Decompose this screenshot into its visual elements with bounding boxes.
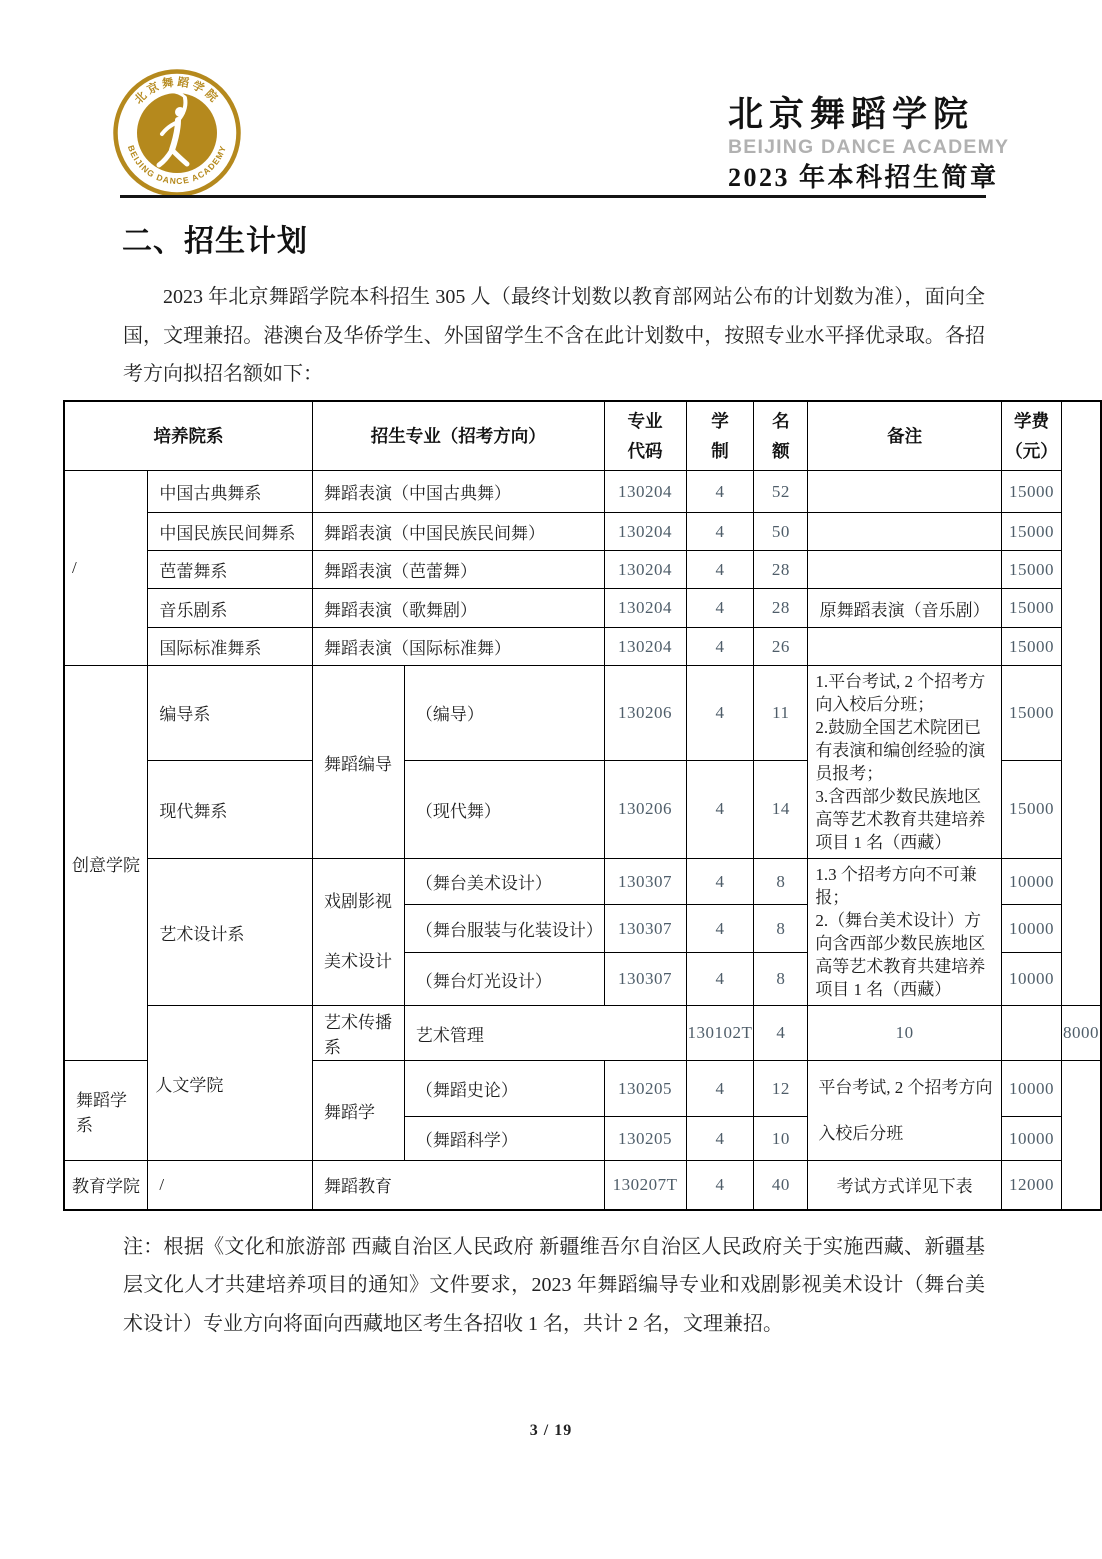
cell-dept: / [148,1161,313,1210]
cell-quota: 40 [754,1161,808,1210]
cell-years: 4 [686,471,754,513]
table-row: 芭蕾舞系 舞蹈表演（芭蕾舞） 130204 4 28 15000 [64,551,1101,589]
cell-major: 舞蹈表演（中国民族民间舞） [313,513,605,551]
table-row: 教育学院 / 舞蹈教育 130207T 4 40 考试方式详见下表 12000 [64,1161,1101,1210]
cell-dept: 中国民族民间舞系 [148,513,313,551]
cell-code: 130204 [604,471,686,513]
cell-major: 舞蹈编导 [313,666,405,859]
cell-direction: （现代舞） [404,760,604,858]
cell-quota: 14 [754,760,808,858]
page-number: 3 / 19 [0,1422,1102,1440]
cell-code: 130204 [604,513,686,551]
cell-years: 4 [686,628,754,666]
cell-college: 教育学院 [64,1161,148,1210]
cell-code: 130204 [604,589,686,628]
cell-years: 4 [686,859,754,905]
cell-major: 舞蹈教育 [313,1161,605,1210]
cell-major: 艺术管理 [404,1006,686,1061]
cell-years: 4 [686,666,754,761]
cell-code: 130205 [604,1061,686,1117]
col-header-remark: 备注 [808,401,1002,471]
enrollment-plan-table: 培养院系 招生专业（招考方向） 专业 代码 学 制 名 额 备注 学费 （元） … [63,400,1102,1211]
cell-dept: 艺术传播系 [313,1006,405,1061]
cell-years: 4 [686,1161,754,1210]
cell-remark: 1.平台考试, 2 个招考方向入校后分班； 2.鼓励全国艺术院团已有表演和编创经… [808,666,1002,859]
academy-logo-icon: 北京舞蹈学院 BEIJING DANCE ACADEMY [112,68,242,198]
cell-remark [808,628,1002,666]
cell-fee: 8000 [1062,1006,1102,1061]
cell-quota: 12 [754,1061,808,1117]
cell-code: 130205 [604,1117,686,1161]
cell-quota: 11 [754,666,808,761]
intro-paragraph: 2023 年北京舞蹈学院本科招生 305 人（最终计划数以教育部网站公布的计划数… [123,278,985,394]
cell-quota: 8 [754,859,808,905]
cell-remark: 考试方式详见下表 [808,1161,1002,1210]
cell-quota: 50 [754,513,808,551]
cell-dept: 编导系 [148,666,313,761]
cell-quota: 28 [754,589,808,628]
academy-name-english: BEIJING DANCE ACADEMY [728,135,990,159]
cell-quota: 10 [808,1006,1002,1061]
cell-code: 130207T [604,1161,686,1210]
cell-dept: 音乐剧系 [148,589,313,628]
cell-college: / [64,471,148,666]
cell-remark [808,471,1002,513]
cell-quota: 8 [754,953,808,1006]
cell-fee: 15000 [1001,551,1061,589]
cell-major: 戏剧影视 美术设计 [313,859,405,1006]
table-row: 人文学院 艺术传播系 艺术管理 130102T 4 10 8000 [64,1006,1101,1061]
cell-dept: 中国古典舞系 [148,471,313,513]
cell-dept: 国际标准舞系 [148,628,313,666]
cell-code: 130102T [686,1006,754,1061]
cell-remark [808,513,1002,551]
masthead: 北京舞蹈学院 BEIJING DANCE ACADEMY 2023 年本科招生简… [728,94,990,195]
cell-code: 130206 [604,666,686,761]
cell-quota: 8 [754,905,808,953]
cell-direction: （舞台美术设计） [404,859,604,905]
cell-years: 4 [686,551,754,589]
col-header-quota: 名 额 [754,401,808,471]
cell-fee: 15000 [1001,513,1061,551]
cell-fee: 15000 [1001,589,1061,628]
cell-direction: （舞蹈科学） [404,1117,604,1161]
footnote-paragraph: 注：根据《文化和旅游部 西藏自治区人民政府 新疆维吾尔自治区人民政府关于实施西藏… [123,1228,985,1344]
cell-years: 4 [686,953,754,1006]
cell-code: 130206 [604,760,686,858]
cell-years: 4 [686,760,754,858]
cell-fee: 10000 [1001,859,1061,905]
cell-fee: 15000 [1001,760,1061,858]
col-header-code: 专业 代码 [604,401,686,471]
cell-code: 130307 [604,953,686,1006]
cell-quota: 10 [754,1117,808,1161]
cell-code: 130204 [604,628,686,666]
cell-college: 人文学院 [148,1006,313,1161]
cell-major: 舞蹈表演（歌舞剧） [313,589,605,628]
col-header-major: 招生专业（招考方向） [313,401,605,471]
table-row: 国际标准舞系 舞蹈表演（国际标准舞） 130204 4 26 15000 [64,628,1101,666]
cell-direction: （编导） [404,666,604,761]
cell-dept: 芭蕾舞系 [148,551,313,589]
cell-quota: 28 [754,551,808,589]
cell-fee: 15000 [1001,471,1061,513]
cell-major: 舞蹈表演（国际标准舞） [313,628,605,666]
cell-code: 130307 [604,905,686,953]
cell-dept: 现代舞系 [148,760,313,858]
cell-years: 4 [686,589,754,628]
cell-fee: 10000 [1001,1061,1061,1117]
table-header-row: 培养院系 招生专业（招考方向） 专业 代码 学 制 名 额 备注 学费 （元） [64,401,1101,471]
cell-remark [808,551,1002,589]
cell-dept: 舞蹈学系 [64,1061,148,1161]
cell-major: 舞蹈表演（中国古典舞） [313,471,605,513]
cell-code: 130307 [604,859,686,905]
cell-years: 4 [754,1006,808,1061]
cell-direction: （舞台服装与化装设计） [404,905,604,953]
cell-major: 舞蹈表演（芭蕾舞） [313,551,605,589]
table-row: 创意学院 编导系 舞蹈编导 （编导） 130206 4 11 1.平台考试, 2… [64,666,1101,761]
brochure-title: 2023 年本科招生简章 [728,161,990,195]
table-row: 艺术设计系 戏剧影视 美术设计 （舞台美术设计） 130307 4 8 1.3 … [64,859,1101,905]
cell-fee: 10000 [1001,905,1061,953]
cell-dept: 艺术设计系 [148,859,313,1006]
cell-remark: 原舞蹈表演（音乐剧） [808,589,1002,628]
cell-direction: （舞台灯光设计） [404,953,604,1006]
cell-code: 130204 [604,551,686,589]
cell-fee: 10000 [1001,953,1061,1006]
cell-fee: 15000 [1001,628,1061,666]
cell-fee: 15000 [1001,666,1061,761]
cell-years: 4 [686,1117,754,1161]
header-divider [120,195,986,198]
col-header-years: 学 制 [686,401,754,471]
cell-major: 舞蹈学 [313,1061,405,1161]
cell-years: 4 [686,905,754,953]
academy-name-calligraphy: 北京舞蹈学院 [728,94,990,136]
cell-fee: 10000 [1001,1117,1061,1161]
cell-college: 创意学院 [64,666,148,1061]
content-area: 二、招生计划 2023 年北京舞蹈学院本科招生 305 人（最终计划数以教育部网… [0,216,1102,1343]
table-row: 中国民族民间舞系 舞蹈表演（中国民族民间舞） 130204 4 50 15000 [64,513,1101,551]
table-row: / 中国古典舞系 舞蹈表演（中国古典舞） 130204 4 52 15000 [64,471,1101,513]
cell-remark [1001,1006,1061,1061]
document-page: 北京舞蹈学院 BEIJING DANCE ACADEMY 北京舞蹈学院 BEIJ… [0,0,1102,1559]
cell-fee: 12000 [1001,1161,1061,1210]
table-row: 音乐剧系 舞蹈表演（歌舞剧） 130204 4 28 原舞蹈表演（音乐剧） 15… [64,589,1101,628]
cell-direction: （舞蹈史论） [404,1061,604,1117]
cell-quota: 52 [754,471,808,513]
cell-years: 4 [686,513,754,551]
cell-remark: 平台考试, 2 个招考方向入校后分班 [808,1061,1002,1161]
section-title: 二、招生计划 [122,216,1102,260]
col-header-fee: 学费 （元） [1001,401,1061,471]
cell-quota: 26 [754,628,808,666]
cell-years: 4 [686,1061,754,1117]
col-header-college: 培养院系 [64,401,313,471]
cell-remark: 1.3 个招考方向不可兼报； 2.（舞台美术设计）方向含西部少数民族地区高等艺术… [808,859,1002,1006]
